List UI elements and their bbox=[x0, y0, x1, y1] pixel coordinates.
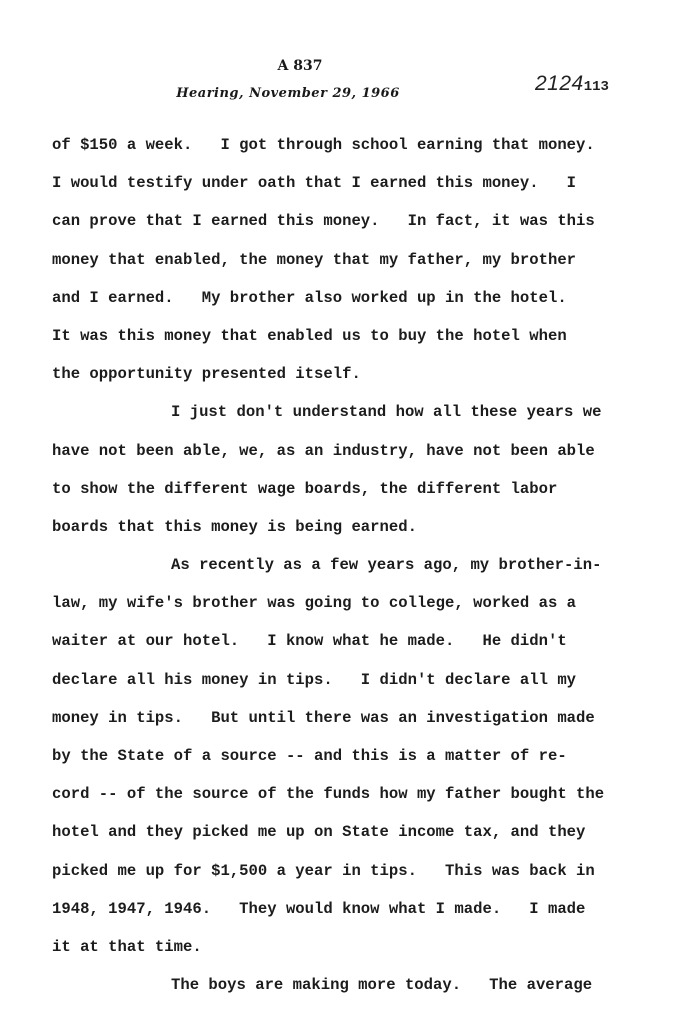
document-page: A 837 Hearing, November 29, 1966 2124113… bbox=[0, 0, 690, 1012]
text-line: boards that this money is being earned. bbox=[52, 514, 652, 552]
text-line: It was this money that enabled us to buy… bbox=[52, 323, 652, 361]
text-line: and I earned. My brother also worked up … bbox=[52, 285, 652, 323]
text-line: The boys are making more today. The aver… bbox=[52, 972, 652, 1010]
text-line: As recently as a few years ago, my broth… bbox=[52, 552, 652, 590]
page-number: A 837 bbox=[0, 58, 600, 74]
text-line: have not been able, we, as an industry, … bbox=[52, 438, 652, 476]
text-line: to show the different wage boards, the d… bbox=[52, 476, 652, 514]
text-line: money in tips. But until there was an in… bbox=[52, 705, 652, 743]
text-line: hotel and they picked me up on State inc… bbox=[52, 819, 652, 857]
text-line: money that enabled, the money that my fa… bbox=[52, 247, 652, 285]
text-line: picked me up for $1,500 a year in tips. … bbox=[52, 858, 652, 896]
text-line: the opportunity presented itself. bbox=[52, 361, 652, 399]
running-head: Hearing, November 29, 1966 bbox=[0, 86, 576, 101]
text-line: I would testify under oath that I earned… bbox=[52, 170, 652, 208]
text-line: waiter at our hotel. I know what he made… bbox=[52, 628, 652, 666]
text-line: can prove that I earned this money. In f… bbox=[52, 208, 652, 246]
text-line: I just don't understand how all these ye… bbox=[52, 399, 652, 437]
body-text: of $150 a week. I got through school ear… bbox=[52, 132, 652, 1010]
text-line: by the State of a source -- and this is … bbox=[52, 743, 652, 781]
text-line: 1948, 1947, 1946. They would know what I… bbox=[52, 896, 652, 934]
text-line: of $150 a week. I got through school ear… bbox=[52, 132, 652, 170]
archive-stamp: 2124113 bbox=[535, 72, 609, 96]
text-line: declare all his money in tips. I didn't … bbox=[52, 667, 652, 705]
text-line: cord -- of the source of the funds how m… bbox=[52, 781, 652, 819]
text-line: it at that time. bbox=[52, 934, 652, 972]
stamp-number: 2124 bbox=[535, 72, 584, 95]
stamp-page: 113 bbox=[584, 79, 609, 95]
text-line: law, my wife's brother was going to coll… bbox=[52, 590, 652, 628]
